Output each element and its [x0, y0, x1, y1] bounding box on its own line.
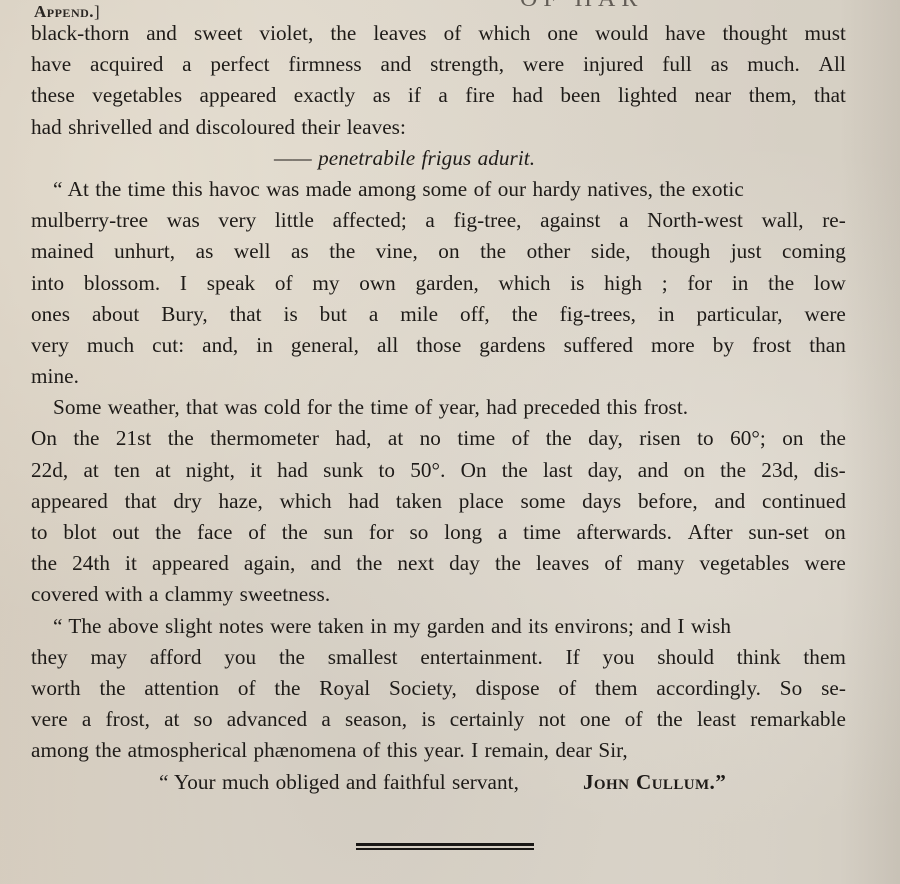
word: fig-tree, — [453, 205, 521, 236]
word: is — [570, 268, 584, 299]
word: 21st — [116, 423, 152, 454]
word: had — [277, 455, 308, 486]
word: and — [310, 548, 341, 579]
word: leaves — [373, 18, 426, 49]
word: the — [282, 517, 308, 548]
word: vegetables — [92, 80, 182, 111]
word: in — [658, 299, 675, 330]
word: sunk — [323, 455, 363, 486]
word: on — [438, 236, 459, 267]
word: if — [408, 80, 421, 111]
word: very — [31, 330, 69, 361]
word: not — [538, 704, 565, 735]
word: place — [459, 486, 504, 517]
word: strength, — [430, 49, 504, 80]
word: vegetables — [700, 548, 790, 579]
rule-thick — [356, 843, 534, 846]
word: vine, — [376, 236, 418, 267]
word: season, — [345, 704, 407, 735]
word: by — [713, 330, 734, 361]
word: low — [814, 268, 846, 299]
word: general, — [291, 330, 359, 361]
word: the — [330, 18, 356, 49]
word: it — [250, 455, 262, 486]
word: frost — [752, 330, 791, 361]
word: blossom. — [84, 268, 160, 299]
text-line: appearedthatdryhaze,whichhadtakenplaceso… — [31, 486, 846, 517]
word: about — [92, 299, 139, 330]
word: So — [780, 673, 802, 704]
word: Royal — [319, 673, 370, 704]
word: Society, — [389, 673, 457, 704]
text-line: theymayaffordyouthesmallestentertainment… — [31, 642, 846, 673]
word: my — [312, 268, 339, 299]
word: full — [662, 49, 692, 80]
word: and — [714, 486, 745, 517]
word: of — [625, 704, 643, 735]
word: 50°. — [410, 455, 445, 486]
word: a — [438, 80, 447, 111]
text-line: mainedunhurt,aswellasthevine,ontheothers… — [31, 236, 846, 267]
word: the — [73, 423, 99, 454]
double-rule-ornament — [356, 843, 534, 851]
word: which — [280, 486, 332, 517]
word: off, — [460, 299, 490, 330]
word: high — [604, 268, 642, 299]
word: to — [31, 517, 48, 548]
word: fig-trees, — [560, 299, 636, 330]
word: much — [87, 330, 134, 361]
word: All — [819, 49, 846, 80]
word: a — [82, 704, 91, 735]
word: face — [197, 517, 232, 548]
word: so — [410, 517, 429, 548]
word: as — [711, 49, 729, 80]
word: worth — [31, 673, 81, 704]
word: least — [697, 704, 736, 735]
text-line: intoblossom.Ispeakofmyowngarden,whichish… — [31, 268, 846, 299]
word: more — [651, 330, 695, 361]
word: to — [379, 455, 396, 486]
word: afford — [150, 642, 202, 673]
line-text: mine. — [31, 361, 79, 392]
text-line: the24thitappearedagain,andthenextdaythel… — [31, 548, 846, 579]
word: the — [168, 423, 194, 454]
word: day — [449, 548, 480, 579]
word: exactly — [294, 80, 356, 111]
word: accordingly. — [656, 673, 761, 704]
word: you — [603, 642, 635, 673]
word: was — [167, 205, 200, 236]
word: near — [695, 80, 732, 111]
word: have — [31, 49, 71, 80]
word: at — [155, 455, 170, 486]
text-line: haveacquiredaperfectfirmnessandstrength,… — [31, 49, 846, 80]
word: night, — [186, 455, 235, 486]
word: of — [604, 548, 622, 579]
word: little — [275, 205, 314, 236]
word: side, — [591, 236, 631, 267]
word: on — [825, 517, 846, 548]
word: ones — [31, 299, 70, 330]
word: one — [580, 704, 611, 735]
word: which — [478, 18, 530, 49]
word: leaves — [536, 548, 589, 579]
word: as — [196, 236, 214, 267]
word: a — [425, 205, 434, 236]
word: re- — [822, 205, 846, 236]
word: taken — [396, 486, 442, 517]
word: time — [457, 423, 495, 454]
word: After — [688, 517, 733, 548]
word: 23d, — [761, 455, 798, 486]
word: think — [737, 642, 781, 673]
word: 60°; — [730, 423, 766, 454]
word: were — [805, 299, 846, 330]
word: is — [421, 704, 435, 735]
line-text: Some weather, that was cold for the time… — [53, 392, 688, 423]
word: these — [31, 80, 75, 111]
word: on — [684, 455, 705, 486]
word: mulberry-tree — [31, 205, 148, 236]
word: ten — [114, 455, 140, 486]
word: you — [224, 642, 256, 673]
word: own — [359, 268, 396, 299]
word: day, — [588, 423, 623, 454]
word: of — [512, 423, 530, 454]
word: at — [388, 423, 403, 454]
word: 22d, — [31, 455, 68, 486]
word: I — [180, 268, 187, 299]
word: and — [638, 455, 669, 486]
word: many — [637, 548, 684, 579]
line-text: “ At the time this havoc was made among … — [53, 174, 744, 205]
word: should — [657, 642, 714, 673]
word: the — [768, 268, 794, 299]
word: mained — [31, 236, 94, 267]
word: the — [495, 548, 521, 579]
word: at — [164, 704, 179, 735]
word: that — [814, 80, 846, 111]
word: risen — [639, 423, 680, 454]
word: of — [558, 673, 576, 704]
word: and, — [202, 330, 238, 361]
text-line: worththeattentionoftheRoyalSociety,dispo… — [31, 673, 846, 704]
word: fire — [465, 80, 495, 111]
word: as — [291, 236, 309, 267]
word: much. — [747, 49, 800, 80]
word: day, — [588, 455, 623, 486]
text-line: onesaboutBury,thatisbutamileoff,thefig-t… — [31, 299, 846, 330]
running-title-fragment: OF HAR — [520, 0, 643, 13]
word: thermometer — [210, 423, 319, 454]
word: sweet — [194, 18, 243, 49]
word: some — [520, 486, 565, 517]
word: the — [546, 423, 572, 454]
word: North-west — [647, 205, 743, 236]
word: gardens — [479, 330, 545, 361]
body-text: black-thornandsweetviolet,theleavesofwhi… — [31, 18, 846, 798]
word: the — [657, 704, 683, 735]
word: it — [125, 548, 137, 579]
word: to — [697, 423, 714, 454]
word: On — [461, 455, 487, 486]
word: speak — [207, 268, 256, 299]
word: other — [527, 236, 571, 267]
word: into — [31, 268, 64, 299]
word: that — [230, 299, 262, 330]
signoff-text: “ Your much obliged and faithful servant… — [159, 767, 519, 798]
word: than — [809, 330, 846, 361]
word: the — [512, 299, 538, 330]
word: a — [182, 49, 191, 80]
word: those — [416, 330, 461, 361]
word: out — [112, 517, 139, 548]
text-line: Onthe21stthethermometerhad,atnotimeofthe… — [31, 423, 846, 454]
word: vere — [31, 704, 68, 735]
text-line: mine. — [31, 361, 846, 392]
text-line: vereafrost,atsoadvancedaseason,iscertain… — [31, 704, 846, 735]
word: been — [560, 80, 600, 111]
word: sun — [324, 517, 354, 548]
word: against — [540, 205, 600, 236]
text-line: covered with a clammy sweetness. — [31, 579, 846, 610]
line-text: among the atmospherical phænomena of thi… — [31, 735, 628, 766]
line-text: “ The above slight notes were taken in m… — [53, 611, 731, 642]
word: would — [595, 18, 648, 49]
word: just — [731, 236, 762, 267]
word: entertainment. — [420, 642, 542, 673]
word: coming — [782, 236, 846, 267]
text-line: among the atmospherical phænomena of thi… — [31, 735, 846, 766]
word: and — [381, 49, 412, 80]
text-line: “ At the time this havoc was made among … — [31, 174, 846, 205]
word: thought — [722, 18, 787, 49]
word: the — [155, 517, 181, 548]
word: so — [194, 704, 213, 735]
text-line: toblotoutthefaceofthesunforsolongatimeaf… — [31, 517, 846, 548]
word: wall, — [762, 205, 804, 236]
word: must — [805, 18, 846, 49]
line-text: had shrivelled and discoloured their lea… — [31, 112, 406, 143]
word: blot — [63, 517, 96, 548]
word: the — [720, 455, 746, 486]
text-line: verymuchcut:and,ingeneral,allthosegarden… — [31, 330, 846, 361]
word: were — [523, 49, 564, 80]
word: days — [582, 486, 621, 517]
word: sun-set — [748, 517, 808, 548]
word: time — [523, 517, 561, 548]
word: the — [329, 236, 355, 267]
word: had — [512, 80, 543, 111]
text-line: “ The above slight notes were taken in m… — [31, 611, 846, 642]
line-text: covered with a clammy sweetness. — [31, 579, 330, 610]
book-page: Append.] OF HAR black-thornandsweetviole… — [0, 0, 900, 884]
word: affected; — [333, 205, 407, 236]
word: have — [665, 18, 705, 49]
text-line: mulberry-treewasverylittleaffected;afig-… — [31, 205, 846, 236]
text-line: 22d,attenatnight,ithadsunkto50°.Onthelas… — [31, 455, 846, 486]
word: the — [100, 673, 126, 704]
word: next — [397, 548, 434, 579]
word: injured — [583, 49, 643, 80]
word: dis- — [814, 455, 846, 486]
word: very — [218, 205, 256, 236]
word: black-thorn — [31, 18, 129, 49]
word: of — [444, 18, 462, 49]
word: acquired — [90, 49, 163, 80]
word: continued — [762, 486, 846, 517]
word: may — [90, 642, 127, 673]
word: firmness — [288, 49, 361, 80]
word: all — [377, 330, 398, 361]
word: perfect — [210, 49, 269, 80]
text-line: Some weather, that was cold for the time… — [31, 392, 846, 423]
word: before, — [638, 486, 698, 517]
word: remarkable — [750, 704, 846, 735]
word: advanced — [227, 704, 307, 735]
text-line: —— penetrabile frigus adurit. — [31, 143, 846, 174]
word: of — [248, 517, 266, 548]
word: violet, — [259, 18, 313, 49]
word: in — [732, 268, 749, 299]
word: at — [83, 455, 98, 486]
word: the — [502, 455, 528, 486]
word: though — [651, 236, 710, 267]
latin-quotation: —— penetrabile frigus adurit. — [274, 143, 535, 174]
word: certainly — [450, 704, 525, 735]
word: a — [321, 704, 330, 735]
page-shading — [840, 0, 900, 884]
word: frost, — [105, 704, 149, 735]
word: for — [369, 517, 394, 548]
word: had, — [335, 423, 371, 454]
word: lighted — [618, 80, 677, 111]
signoff-line: “ Your much obliged and faithful servant… — [31, 767, 846, 798]
word: but — [320, 299, 347, 330]
word: a — [619, 205, 628, 236]
word: for — [687, 268, 712, 299]
word: in — [256, 330, 273, 361]
rule-thin — [356, 848, 534, 850]
word: the — [356, 548, 382, 579]
word: unhurt, — [114, 236, 175, 267]
word: 24th — [72, 548, 110, 579]
word: which — [499, 268, 551, 299]
word: is — [284, 299, 298, 330]
word: they — [31, 642, 68, 673]
word: that — [125, 486, 157, 517]
word: the — [31, 548, 57, 579]
word: appeared — [200, 80, 277, 111]
word: long — [444, 517, 482, 548]
word: them — [803, 642, 846, 673]
word: ; — [662, 268, 668, 299]
word: dispose — [476, 673, 540, 704]
word: afterwards. — [577, 517, 672, 548]
word: If — [566, 642, 580, 673]
word: were — [805, 548, 846, 579]
word: the — [820, 423, 846, 454]
word: attention — [144, 673, 219, 704]
word: a — [369, 299, 378, 330]
word: a — [498, 517, 507, 548]
word: again, — [244, 548, 295, 579]
word: Bury, — [161, 299, 208, 330]
word: the — [480, 236, 506, 267]
signature-name: John Cullum.” — [583, 767, 726, 798]
word: as — [373, 80, 391, 111]
word: cut: — [152, 330, 184, 361]
word: the — [279, 642, 305, 673]
word: the — [274, 673, 300, 704]
word: of — [238, 673, 256, 704]
word: them, — [749, 80, 797, 111]
word: mile — [400, 299, 438, 330]
word: of — [275, 268, 293, 299]
word: haze, — [219, 486, 263, 517]
text-line: had shrivelled and discoloured their lea… — [31, 112, 846, 143]
word: smallest — [328, 642, 398, 673]
word: suffered — [564, 330, 633, 361]
text-line: thesevegetablesappearedexactlyasifafireh… — [31, 80, 846, 111]
word: appeared — [31, 486, 108, 517]
word: last — [543, 455, 573, 486]
word: appeared — [152, 548, 229, 579]
word: them — [595, 673, 638, 704]
word: dry — [173, 486, 201, 517]
word: one — [547, 18, 578, 49]
word: garden, — [416, 268, 479, 299]
word: On — [31, 423, 57, 454]
word: on — [782, 423, 803, 454]
text-line: black-thornandsweetviolet,theleavesofwhi… — [31, 18, 846, 49]
word: no — [420, 423, 441, 454]
word: had — [348, 486, 379, 517]
word: and — [146, 18, 177, 49]
word: well — [234, 236, 271, 267]
word: particular, — [696, 299, 782, 330]
word: se- — [821, 673, 846, 704]
